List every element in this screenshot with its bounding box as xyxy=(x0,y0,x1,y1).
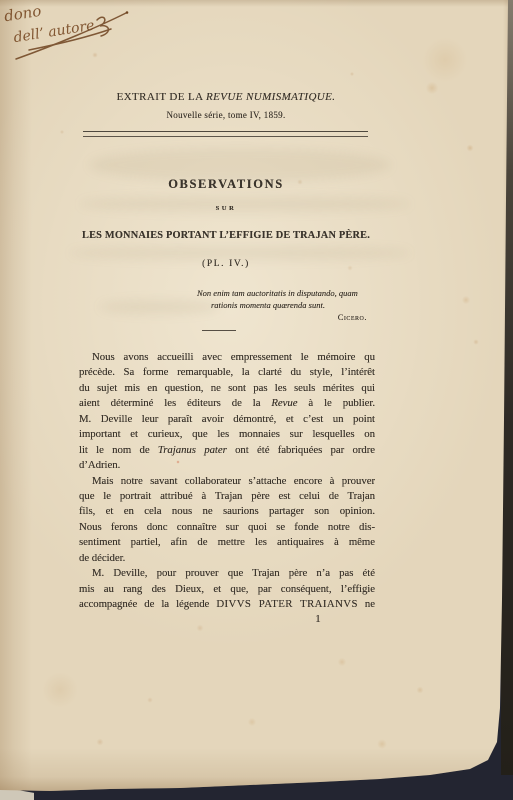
scanned-page-photo: { "document_type": "scanned book page", … xyxy=(0,0,513,800)
body-text-segment: Mais notre savant collaborateur s’attach… xyxy=(92,475,375,487)
epigraph: Non enim tam auctoritatis in disputando,… xyxy=(197,288,373,324)
body-text: Nous avons accueilli avec empressement l… xyxy=(79,350,375,612)
flourish-pen-dot xyxy=(126,11,129,14)
body-text-segment: fils, et en cela nous ne saurions partag… xyxy=(79,505,375,517)
epigraph-attribution: Cicero. xyxy=(197,312,373,324)
handwriting-line-1: dono xyxy=(3,2,43,26)
body-text-segment: Nous ferons donc connaître sur quoi se f… xyxy=(79,521,375,533)
handwritten-dedication: dono dell’ autore xyxy=(0,0,150,80)
body-line: d’Adrien. xyxy=(79,458,375,473)
body-text-segment: accompagnée de la légende xyxy=(79,598,216,610)
body-line: M. Deville leur paraît avoir démontré, e… xyxy=(79,412,375,427)
plate-reference: (PL. IV.) xyxy=(0,259,452,269)
body-text-segment: mis au rang des Dieux, et que, par consé… xyxy=(79,583,375,595)
epigraph-separator-rule xyxy=(202,330,236,331)
epigraph-line-2: rationis momenta quærenda sunt. xyxy=(197,300,373,312)
show-through-smudge xyxy=(70,246,410,260)
body-text-segment: sentiment partiel, afin de mettre les an… xyxy=(79,536,375,548)
epigraph-line-1: Non enim tam auctoritatis in disputando,… xyxy=(197,288,373,300)
article-title-connector: SUR xyxy=(0,205,452,212)
body-text-segment: de décider. xyxy=(79,552,125,564)
body-line: Nous avons accueilli avec empressement l… xyxy=(79,350,375,365)
body-text-segment: M. Deville leur paraît avoir démontré, e… xyxy=(79,413,375,425)
page-paper: dono dell’ autore EXTRAIT DE LA REVUE NU… xyxy=(0,0,513,800)
series-header-journal-title: REVUE NUMISMATIQUE. xyxy=(206,91,335,103)
body-line: important et curieux, que les monnaies s… xyxy=(79,427,375,442)
body-text-segment: Nous avons accueilli avec empressement l… xyxy=(92,351,375,363)
body-line: M. Deville, pour prouver que Trajan père… xyxy=(79,566,375,581)
body-line: du sujet mis en question, ne sont pas le… xyxy=(79,381,375,396)
body-line: de décider. xyxy=(79,551,375,566)
body-line: Mais notre savant collaborateur s’attach… xyxy=(79,474,375,489)
body-line: sentiment partiel, afin de mettre les an… xyxy=(79,535,375,550)
body-text-segment: ont été fabriquées par ordre xyxy=(227,444,375,456)
body-text-segment: lit le nom de xyxy=(79,444,158,456)
body-line: lit le nom de Trajanus pater ont été fab… xyxy=(79,443,375,458)
handwriting-flourish: dono dell’ autore xyxy=(0,0,150,80)
body-line: précède. Sa forme remarquable, la clarté… xyxy=(79,365,375,380)
series-subheader: Nouvelle série, tome IV, 1859. xyxy=(0,110,452,120)
header-double-rule xyxy=(83,131,368,137)
body-text-segment: d’Adrien. xyxy=(79,459,120,471)
body-line: fils, et en cela nous ne saurions partag… xyxy=(79,504,375,519)
body-line: Nous ferons donc connaître sur quoi se f… xyxy=(79,520,375,535)
body-text-segment: M. Deville, pour prouver que Trajan père… xyxy=(92,567,375,579)
article-subtitle: LES MONNAIES PORTANT L’EFFIGIE DE TRAJAN… xyxy=(14,229,439,241)
page-number: 1 xyxy=(303,613,333,625)
body-text-segment: que le portrait attribué à Trajan père e… xyxy=(79,490,375,502)
body-line: que le portrait attribué à Trajan père e… xyxy=(79,489,375,504)
body-text-segment: Revue xyxy=(271,397,297,409)
body-line: mis au rang des Dieux, et que, par consé… xyxy=(79,582,375,597)
body-line: aient déterminé les éditeurs de la Revue… xyxy=(79,396,375,411)
body-text-segment: ne xyxy=(358,598,375,610)
body-text-segment: important et curieux, que les monnaies s… xyxy=(79,428,375,440)
body-text-segment: Trajanus pater xyxy=(158,444,227,456)
series-header: EXTRAIT DE LA REVUE NUMISMATIQUE. xyxy=(0,91,452,103)
article-title: OBSERVATIONS xyxy=(0,177,452,192)
body-text-segment: du sujet mis en question, ne sont pas le… xyxy=(79,382,375,394)
body-text-segment: précède. Sa forme remarquable, la clarté… xyxy=(79,366,375,378)
series-header-prefix: EXTRAIT DE LA xyxy=(117,91,206,103)
body-text-segment: à le publier. xyxy=(298,397,375,409)
body-text-segment: aient déterminé les éditeurs de la xyxy=(79,397,271,409)
body-text-segment: DIVVS PATER TRAIANVS xyxy=(216,598,358,610)
body-line: accompagnée de la légende DIVVS PATER TR… xyxy=(79,597,375,612)
